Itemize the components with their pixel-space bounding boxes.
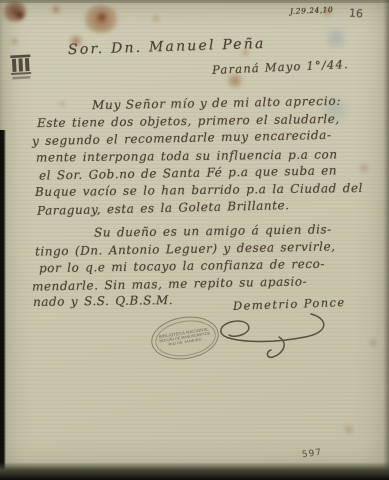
signature-flourish [213,310,343,364]
library-columns-mark-icon [9,52,33,87]
catalog-code-annotation: J.29.24,10 [290,5,334,16]
scanned-letter-page: J.29.24,10 16 597 Sor. Dn. Manuel Peña P… [0,0,389,480]
letter-body-line: nado y S.S. Q.B.S.M. [33,293,173,309]
folio-number-pencil: 16 [349,7,364,21]
